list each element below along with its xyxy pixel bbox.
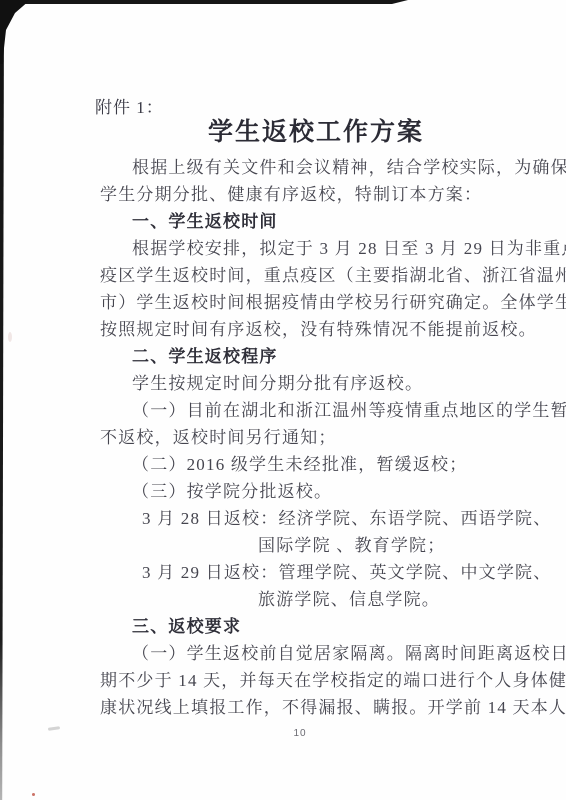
doc-line: 学生分期分批、健康有序返校，特制订本方案： [100, 181, 540, 208]
schedule-line-march-29: 3 月 29 日返校：管理学院、英文学院、中文学院、 [100, 559, 540, 586]
doc-line: （一）学生返校前自觉居家隔离。隔离时间距离返校日 [100, 640, 540, 667]
scan-red-speck [32, 793, 35, 796]
schedule-line-continuation: 旅游学院、信息学院。 [100, 586, 540, 613]
doc-line: （三）按学院分批返校。 [100, 478, 540, 505]
doc-line: 学生按规定时间分期分批有序返校。 [100, 370, 540, 397]
scan-faint-speck [8, 332, 12, 342]
schedule-line-continuation: 国际学院 、教育学院； [100, 532, 540, 559]
scan-corner-top-left [0, 0, 32, 64]
document-body: 根据上级有关文件和会议精神，结合学校实际，为确保 学生分期分批、健康有序返校，特… [100, 154, 540, 721]
doc-line: （一）目前在湖北和浙江温州等疫情重点地区的学生暂 [100, 397, 540, 424]
schedule-line-march-28: 3 月 28 日返校：经济学院、东语学院、西语学院、 [100, 505, 540, 532]
section-heading-2: 二、学生返校程序 [100, 343, 540, 370]
doc-line: 康状况线上填报工作，不得漏报、瞒报。开学前 14 天本人 [100, 694, 540, 721]
scan-smudge [48, 726, 60, 731]
section-heading-1: 一、学生返校时间 [100, 208, 540, 235]
doc-line: 按照规定时间有序返校，没有特殊情况不能提前返校。 [100, 316, 540, 343]
scan-edge-left [0, 0, 4, 800]
doc-line: 根据上级有关文件和会议精神，结合学校实际，为确保 [100, 154, 540, 181]
page-number: 10 [100, 728, 500, 739]
doc-line: 不返校，返校时间另行通知； [100, 424, 540, 451]
scan-edge-top [0, 0, 410, 4]
document-title: 学生返校工作方案 [100, 112, 532, 148]
doc-line: 期不少于 14 天，并每天在学校指定的端口进行个人身体健 [100, 667, 540, 694]
section-heading-3: 三、返校要求 [100, 613, 540, 640]
doc-line: 疫区学生返校时间，重点疫区（主要指湖北省、浙江省温州 [100, 262, 540, 289]
doc-line: 根据学校安排，拟定于 3 月 28 日至 3 月 29 日为非重点 [100, 235, 540, 262]
doc-line: 市）学生返校时间根据疫情由学校另行研究确定。全体学生 [100, 289, 540, 316]
doc-line: （二）2016 级学生未经批准，暂缓返校； [100, 451, 540, 478]
scanned-page: 附件 1： 学生返校工作方案 根据上级有关文件和会议精神，结合学校实际，为确保 … [0, 0, 566, 800]
